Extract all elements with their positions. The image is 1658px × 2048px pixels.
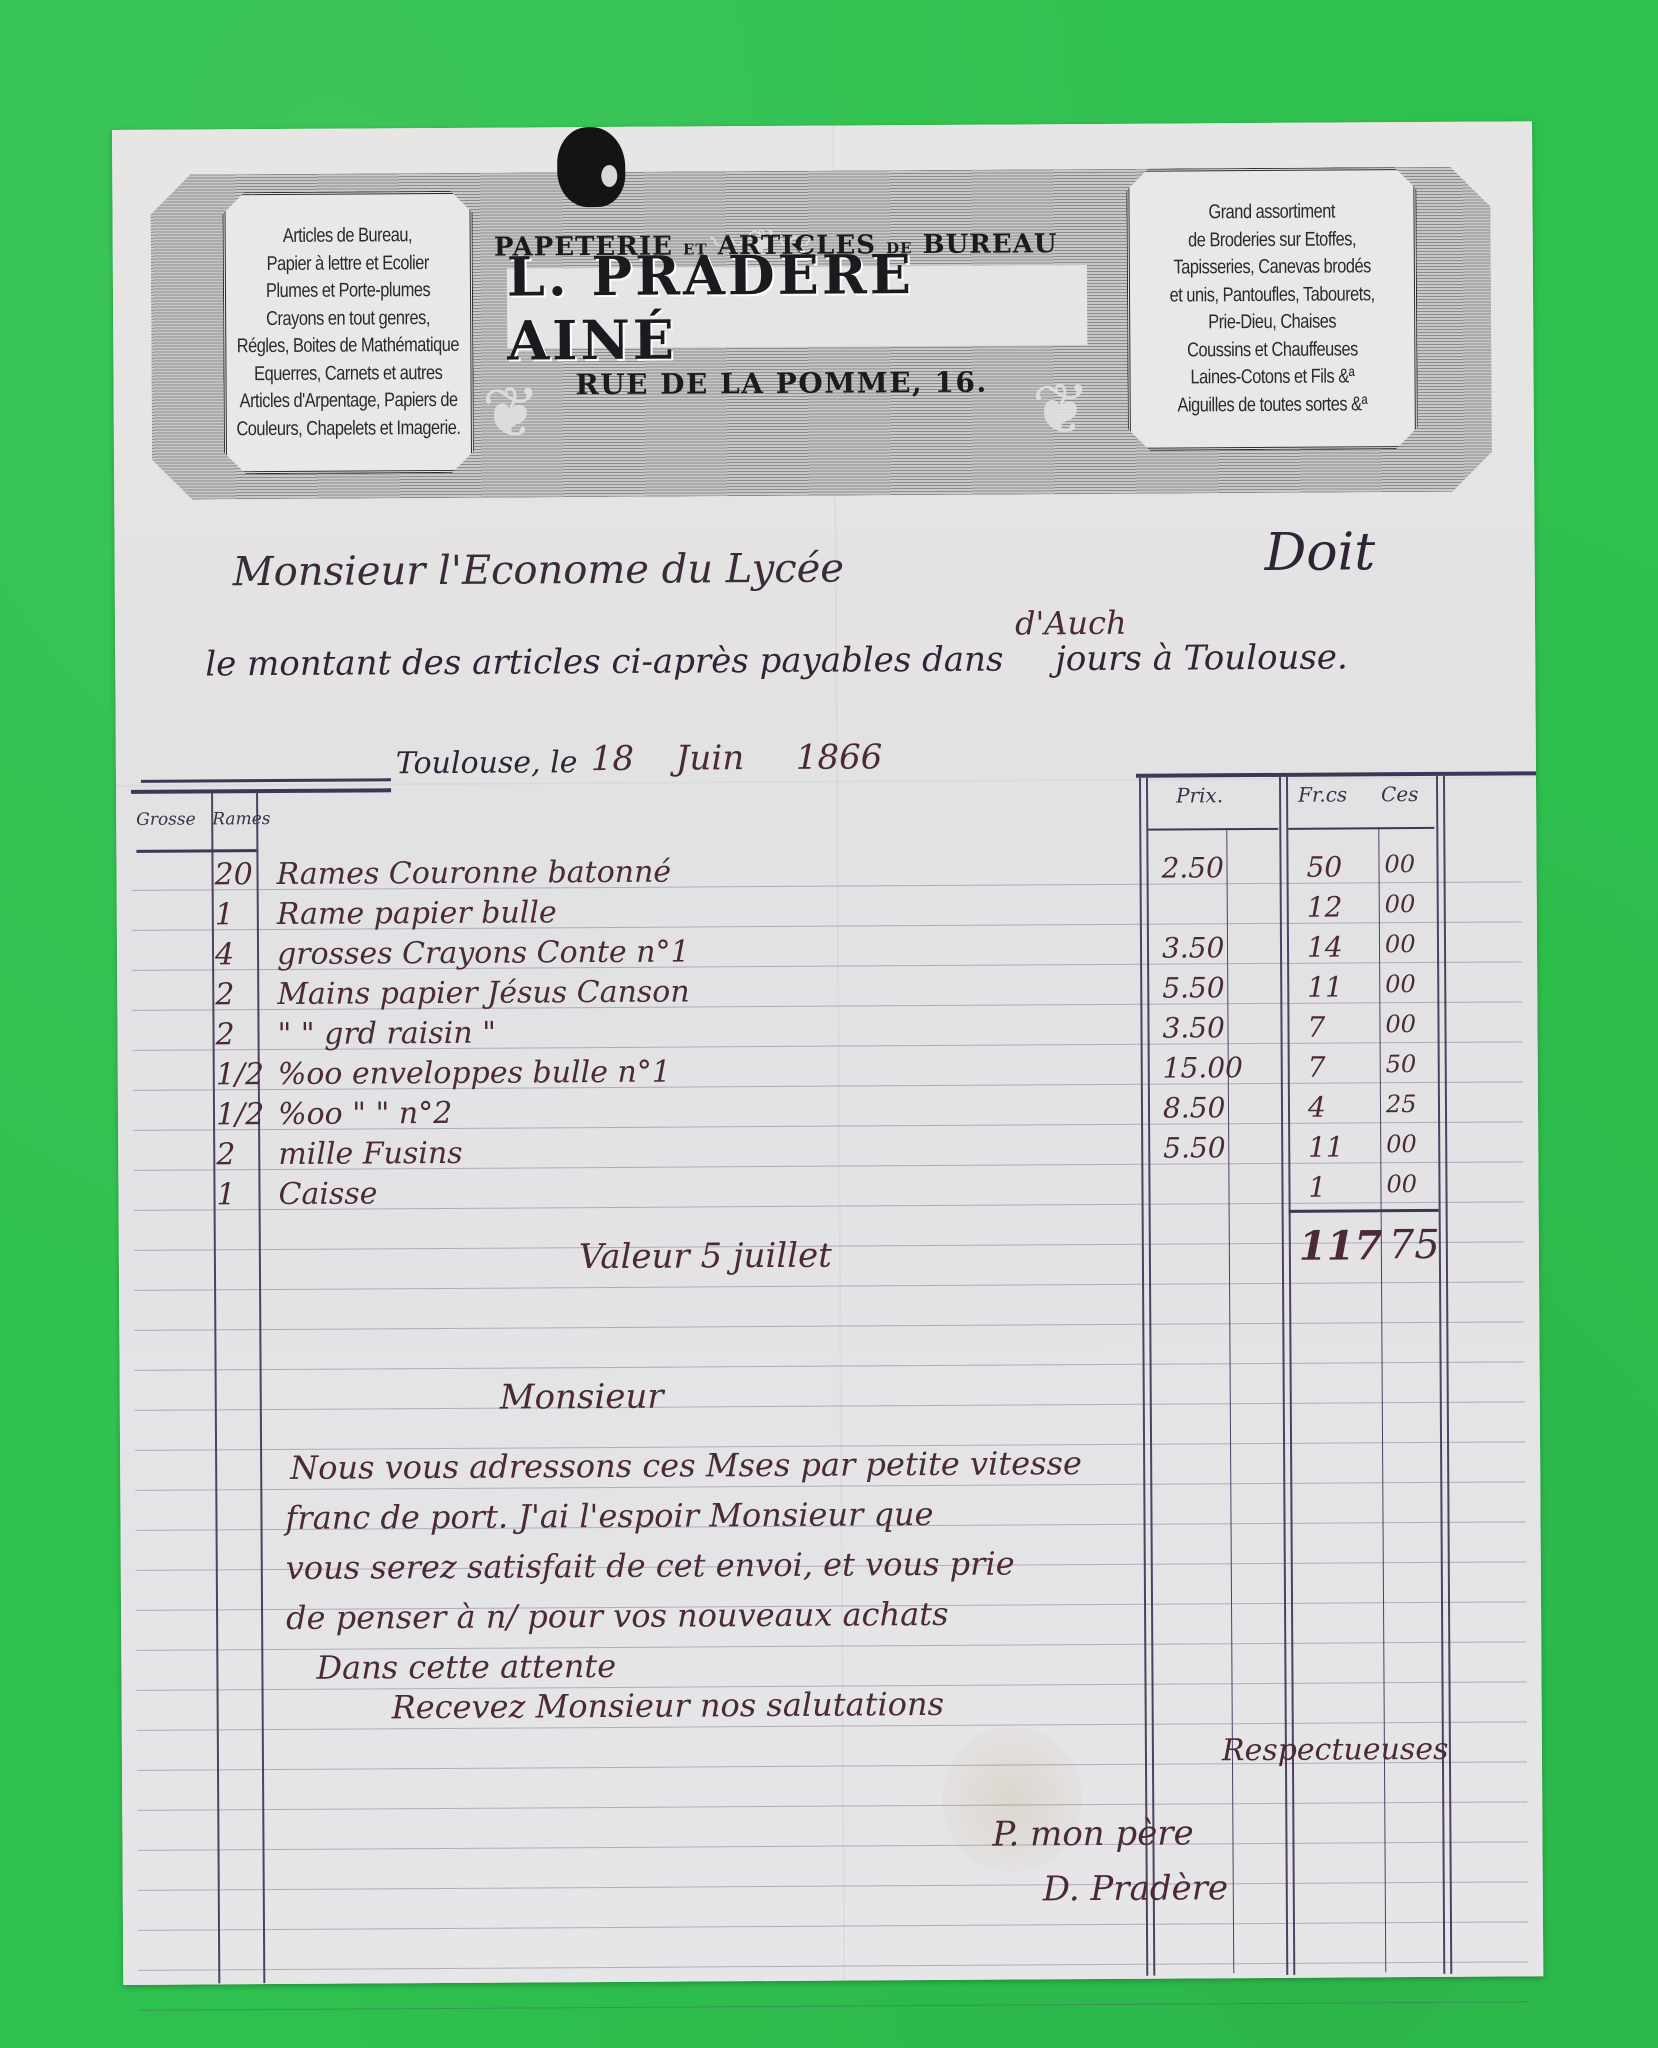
date-day: 18 [591,739,635,779]
item-francs: 11 [1308,1130,1344,1163]
item-quantity: 4 [215,937,234,972]
header-francs: Fr.cs [1298,782,1347,806]
item-unit-price: 8.50 [1163,1091,1226,1124]
item-francs: 11 [1307,970,1343,1003]
signature-line-1: P. mon père [992,1813,1194,1854]
header-underline [1148,828,1278,831]
ruled-line [135,1401,1525,1410]
right-box-line: Prie-Dieu, Chaises [1208,309,1336,337]
left-box-line: Crayons en tout genres, [266,305,430,333]
item-francs: 7 [1308,1051,1326,1084]
letter-line: Dans cette attente [316,1647,616,1687]
item-quantity: 1 [216,1177,235,1212]
item-francs: 4 [1308,1091,1326,1124]
header-rames: Rames [212,809,270,829]
date-month: Juin [676,738,745,778]
right-box-line: Grand assortiment [1208,199,1335,227]
table-top-rule-left [131,788,391,794]
ruled-lines [112,121,1532,130]
column-divider [1286,775,1295,1975]
item-quantity: 20 [214,857,252,892]
left-box-line: Couleurs, Chapelets et Imagerie. [237,414,461,443]
payment-terms-b: jours à Toulouse. [1055,637,1348,679]
item-centimes: 00 [1385,930,1416,958]
right-box-line: Aiguilles de toutes sortes &ª [1178,391,1368,420]
item-description: grosses Crayons Conte n°1 [277,934,690,972]
item-description: %oo " " n°2 [278,1096,452,1132]
ruled-line [138,1921,1528,1930]
item-centimes: 00 [1384,850,1415,878]
item-centimes: 00 [1385,1010,1416,1038]
item-quantity: 2 [215,1017,234,1052]
right-product-box: Grand assortiment de Broderies sur Etoff… [1126,167,1418,451]
wax-seal [557,127,625,207]
line-items: 20Rames Couronne batonné2.5050001Rame pa… [112,121,1532,130]
letterhead-band: ❦ ❦ 〰❦〰 Articles de Bureau, Papier à let… [150,167,1492,500]
ruled-line [138,1841,1528,1850]
item-unit-price: 15.00 [1163,1051,1243,1084]
city-note: d'Auch [1015,604,1127,643]
item-description: Mains papier Jésus Canson [277,974,690,1012]
total-centimes: 75 [1389,1222,1440,1268]
company-address: RUE DE LA POMME, 16. [481,365,1081,402]
doit-label: Doit [1264,522,1375,583]
item-quantity: 1/2 [216,1097,264,1132]
item-francs: 50 [1306,850,1342,883]
header-prix: Prix. [1176,783,1223,807]
item-quantity: 2 [216,1137,235,1172]
item-francs: 12 [1307,890,1343,923]
item-centimes: 00 [1386,1170,1417,1198]
letter-line: Nous vous adressons ces Mses par petite … [290,1444,1082,1487]
right-box-line: Tapisseries, Canevas brodés [1173,253,1370,282]
left-product-box: Articles de Bureau, Papier à lettre et E… [222,191,474,475]
item-description: " " grd raisin " [277,1016,496,1052]
item-centimes: 25 [1386,1090,1417,1118]
letter-line: Respectueuses [1222,1732,1449,1768]
column-divider [1443,774,1452,1974]
left-box-line: Articles de Bureau, [283,222,412,250]
item-description: Rames Couronne batonné [276,855,671,892]
left-box-line: Papier à lettre et Ecolier [267,250,429,278]
item-unit-price: 5.50 [1162,971,1225,1004]
ruled-line [137,1801,1527,1810]
ruled-line [138,2001,1528,2010]
header-grosse: Grosse [136,810,196,830]
item-centimes: 00 [1385,890,1416,918]
ruled-line [138,1961,1528,1970]
column-divider [1378,827,1386,1972]
right-box-line: de Broderies sur Etoffes, [1188,226,1356,255]
item-francs: 14 [1307,930,1343,963]
date-place: Toulouse, le [396,745,578,781]
column-divider [1226,828,1234,1973]
left-box-line: Equerres, Carnets et autres [254,359,442,388]
item-unit-price: 3.50 [1162,931,1225,964]
header-underline [136,849,256,853]
item-description: %oo enveloppes bulle n°1 [278,1055,671,1092]
payment-terms-a: le montant des articles ci-après payable… [205,640,1003,685]
letter-salutation: Monsieur [500,1377,664,1418]
right-box-line: et unis, Pantoufles, Tabourets, [1169,281,1374,310]
left-box-line: Plumes et Porte-plumes [266,277,430,306]
item-quantity: 1/2 [216,1057,264,1092]
header-centimes: Ces [1381,782,1419,806]
letter-line: vous serez satisfait de cet envoi, et vo… [286,1545,1015,1587]
left-box-line: Régles, Boites de Mathématique [237,332,459,361]
total-francs: 117 [1299,1222,1383,1270]
company-name: L. PRADÈRE AINÉ [507,265,1087,349]
item-centimes: 00 [1386,1130,1417,1158]
ruled-line [134,1321,1524,1330]
letter-line: franc de port. J'ai l'espoir Monsieur qu… [285,1495,933,1537]
item-unit-price: 5.50 [1163,1131,1226,1164]
item-unit-price: 3.50 [1162,1011,1225,1044]
item-description: mille Fusins [278,1136,463,1172]
date-underline [141,778,391,783]
column-divider [1146,776,1155,1976]
right-box-line: Coussins et Chauffeuses [1187,336,1358,365]
item-description: Caisse [278,1176,377,1212]
date-year: 1866 [796,737,883,778]
column-divider [256,793,265,1983]
right-box-line: Laines-Cotons et Fils &ª [1191,363,1355,392]
item-quantity: 1 [215,897,234,932]
total-label: Valeur 5 juillet [579,1236,832,1278]
letter-line: de penser à n/ pour vos nouveaux achats [286,1595,949,1637]
left-box-line: Articles d'Arpentage, Papiers de [240,387,458,416]
item-francs: 7 [1307,1011,1325,1044]
addressee-line: Monsieur l'Econome du Lycée [233,546,845,596]
item-description: Rame papier bulle [277,895,557,932]
signature-line-2: D. Pradère [1043,1868,1229,1909]
ruled-line [138,1881,1528,1890]
item-quantity: 2 [215,977,234,1012]
letter-line: Recevez Monsieur nos salutations [392,1685,945,1726]
item-centimes: 00 [1385,970,1416,998]
item-francs: 1 [1308,1171,1326,1204]
ruled-line [134,1281,1524,1290]
item-unit-price: 2.50 [1161,851,1224,884]
total-rule [1289,1209,1439,1213]
ruled-line [135,1361,1525,1370]
item-centimes: 50 [1386,1050,1417,1078]
invoice-paper: ❦ ❦ 〰❦〰 Articles de Bureau, Papier à let… [112,121,1543,1985]
header-underline [1288,827,1434,830]
